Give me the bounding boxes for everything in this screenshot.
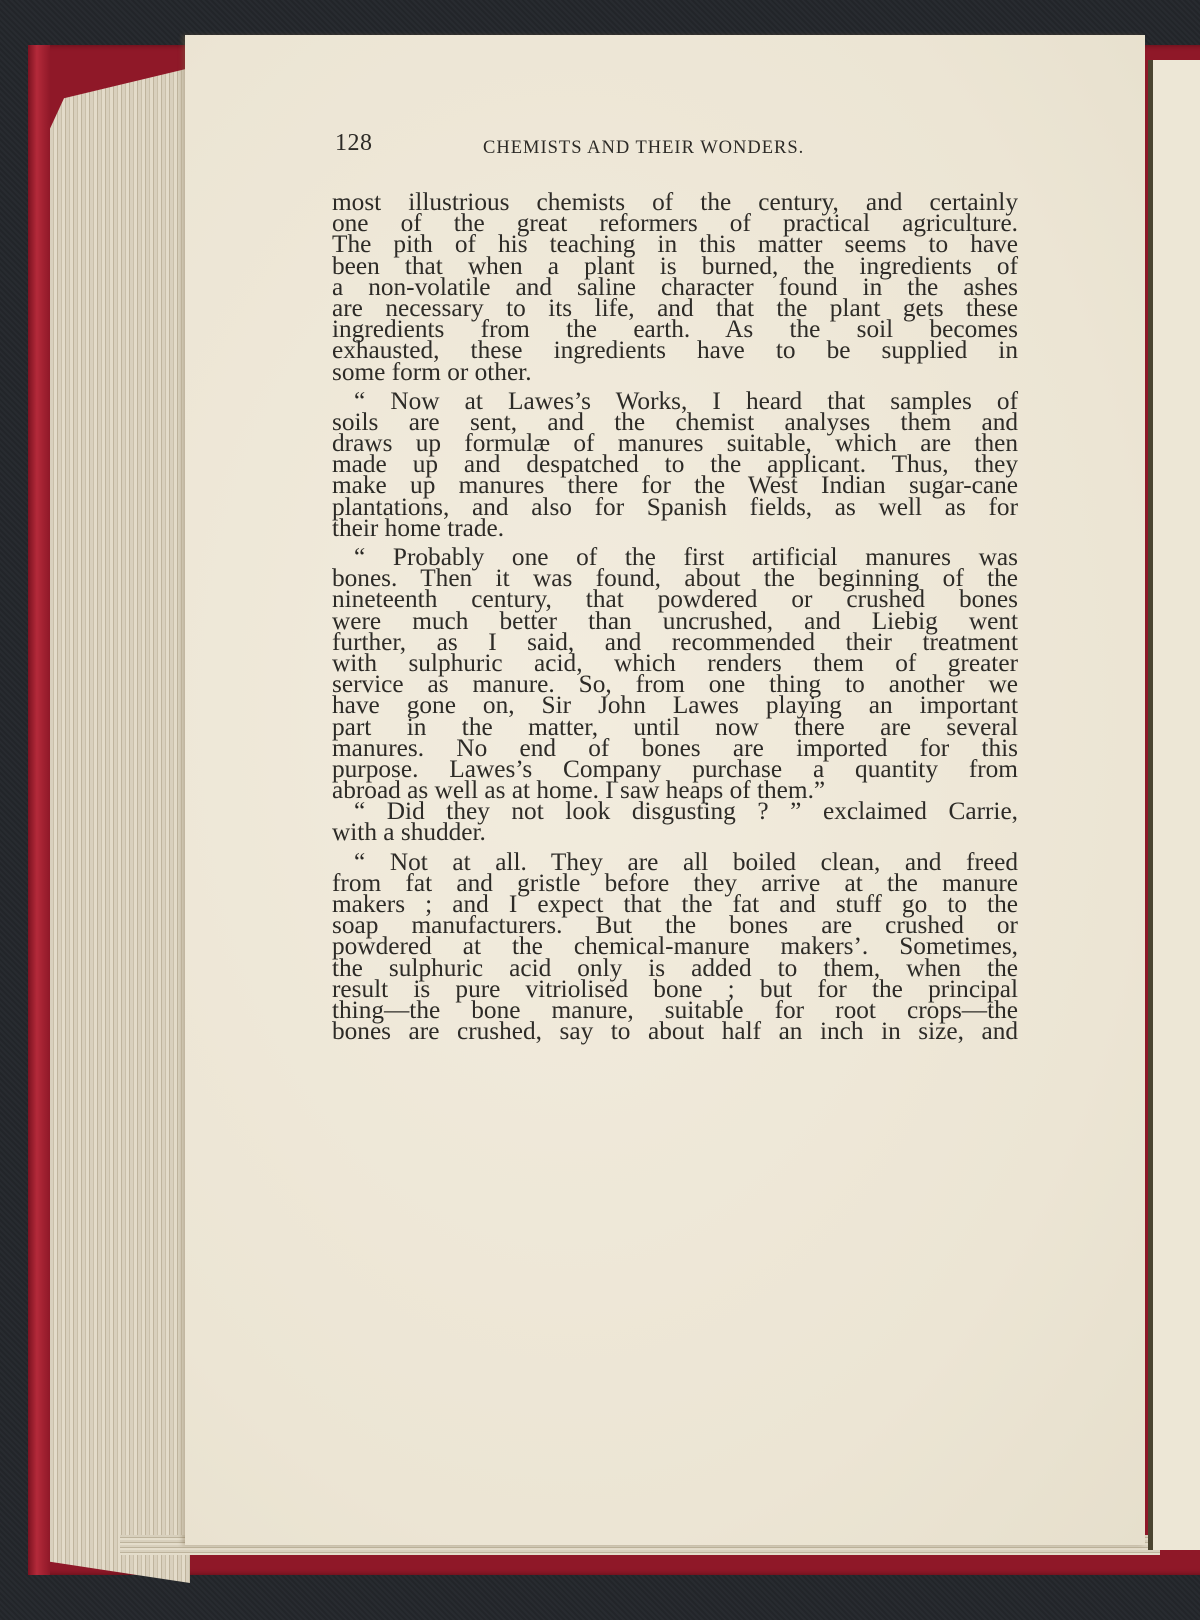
page-block-edges [50, 68, 190, 1583]
paragraph: most illustrious chemists of the century… [332, 192, 1018, 383]
running-title: CHEMISTS AND THEIR WONDERS. [483, 138, 804, 159]
text-line: their home trade. [332, 518, 1018, 539]
text-line: bones are crushed, say to about half an … [332, 1021, 1018, 1042]
text-line: with a shudder. [332, 822, 1018, 843]
paragraph: “ Probably one of the first artificial m… [332, 547, 1018, 801]
cover-edge [28, 45, 50, 1575]
paragraph: “ Not at all. They are all boiled clean,… [332, 852, 1018, 1043]
running-head: 128 CHEMISTS AND THEIR WONDERS. [335, 130, 1025, 170]
page-number: 128 [335, 130, 373, 157]
body-text: most illustrious chemists of the century… [332, 192, 1018, 1042]
text-line: some form or other. [332, 362, 1018, 383]
paragraph: “ Did they not look disgusting ? ” excla… [332, 801, 1018, 843]
facing-page [1153, 60, 1200, 1550]
paragraph: “ Now at Lawes’s Works, I heard that sam… [332, 391, 1018, 539]
